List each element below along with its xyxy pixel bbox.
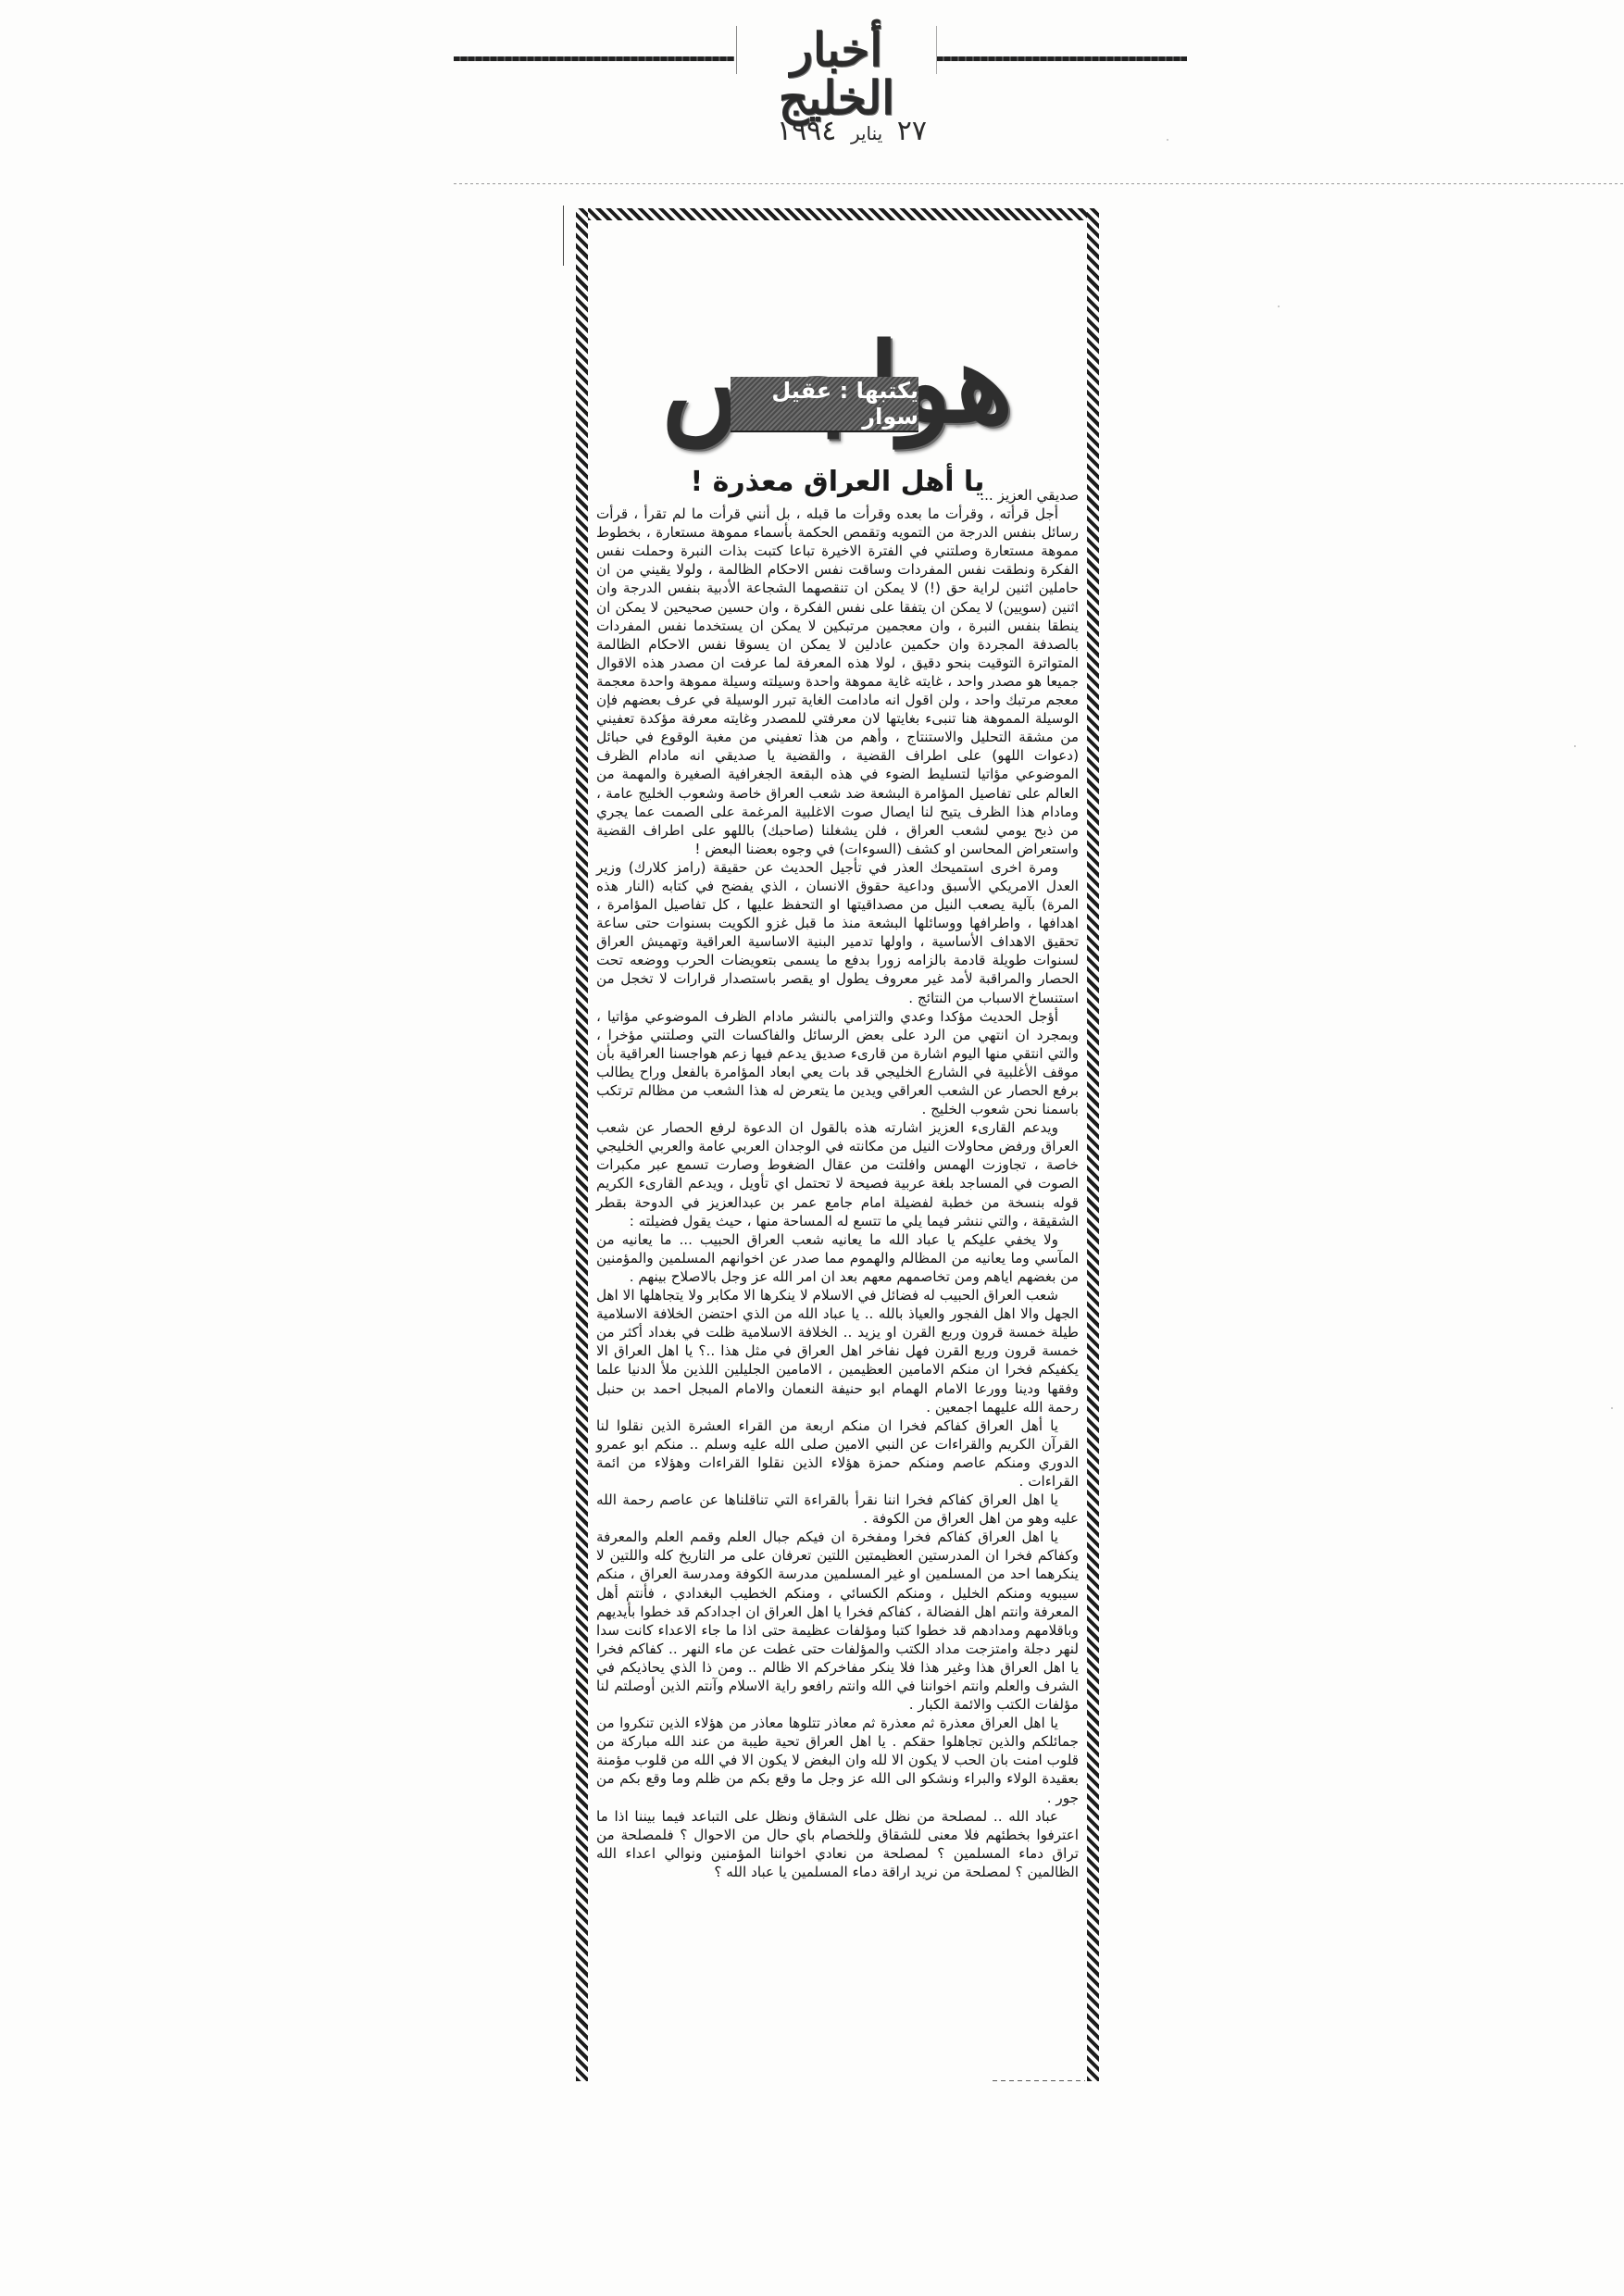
article-paragraph: يا أهل العراق كفاكم فخرا ان منكم اربعة م… [596, 1416, 1079, 1491]
newspaper-logo: أخبار الخليج [736, 26, 937, 74]
article-paragraph: عباد الله .. لمصلحة من نظل على الشقاق ون… [596, 1807, 1079, 1881]
hatched-border-right [1087, 208, 1099, 2081]
scan-speck [1574, 745, 1576, 747]
article-paragraph: ولا يخفي عليكم يا عباد الله ما يعانيه شع… [596, 1230, 1079, 1286]
article-paragraph: شعب العراق الحبيب له فضائل في الاسلام لا… [596, 1286, 1079, 1416]
hatched-border-bottom [993, 2080, 1085, 2081]
newspaper-name: أخبار الخليج [737, 26, 936, 122]
clipping-divider [454, 183, 1624, 184]
masthead-rule-left [454, 56, 734, 61]
article-paragraph: يا اهل العراق كفاكم فخرا اننا نقرأ بالقر… [596, 1491, 1079, 1528]
article-paragraph: ومرة اخرى استميحك العذر في تأجيل الحديث … [596, 858, 1079, 1007]
author-byline: يكتبها : عقيل سوار [731, 377, 918, 432]
masthead-rule-right [937, 56, 1187, 61]
scan-speck [1611, 1407, 1613, 1409]
article-clipping: هواجس يكتبها : عقيل سوار يا أهل العراق م… [576, 208, 1099, 2081]
article-paragraph: صديقي العزيز ... [596, 486, 1079, 505]
scan-speck [1167, 139, 1168, 141]
scan-speck [1278, 306, 1280, 307]
article-paragraph: يا اهل العراق معذرة ثم معذرة ثم معاذر تت… [596, 1714, 1079, 1806]
article-paragraph: أجل قرأته ، وقرأت ما بعده وقرأت ما قبله … [596, 505, 1079, 858]
hatched-border-left [576, 208, 588, 2081]
date-day: ٢٧ [897, 115, 927, 147]
date-year: ١٩٩٤ [777, 115, 836, 147]
publication-date: ٢٧ يناير ١٩٩٤ [759, 113, 944, 152]
date-month: يناير [851, 122, 882, 144]
article-paragraph: ويدعم القارىء العزيز اشارته هذه بالقول ا… [596, 1118, 1079, 1230]
article-body: صديقي العزيز ... أجل قرأته ، وقرأت ما بع… [596, 486, 1079, 1881]
article-paragraph: يا اهل العراق كفاكم فخرا ومفخرة ان فيكم … [596, 1528, 1079, 1714]
hatched-border-top [576, 208, 1099, 220]
article-paragraph: أؤجل الحديث مؤكدا وعدي والتزامي بالنشر م… [596, 1007, 1079, 1119]
margin-mark [563, 206, 564, 266]
